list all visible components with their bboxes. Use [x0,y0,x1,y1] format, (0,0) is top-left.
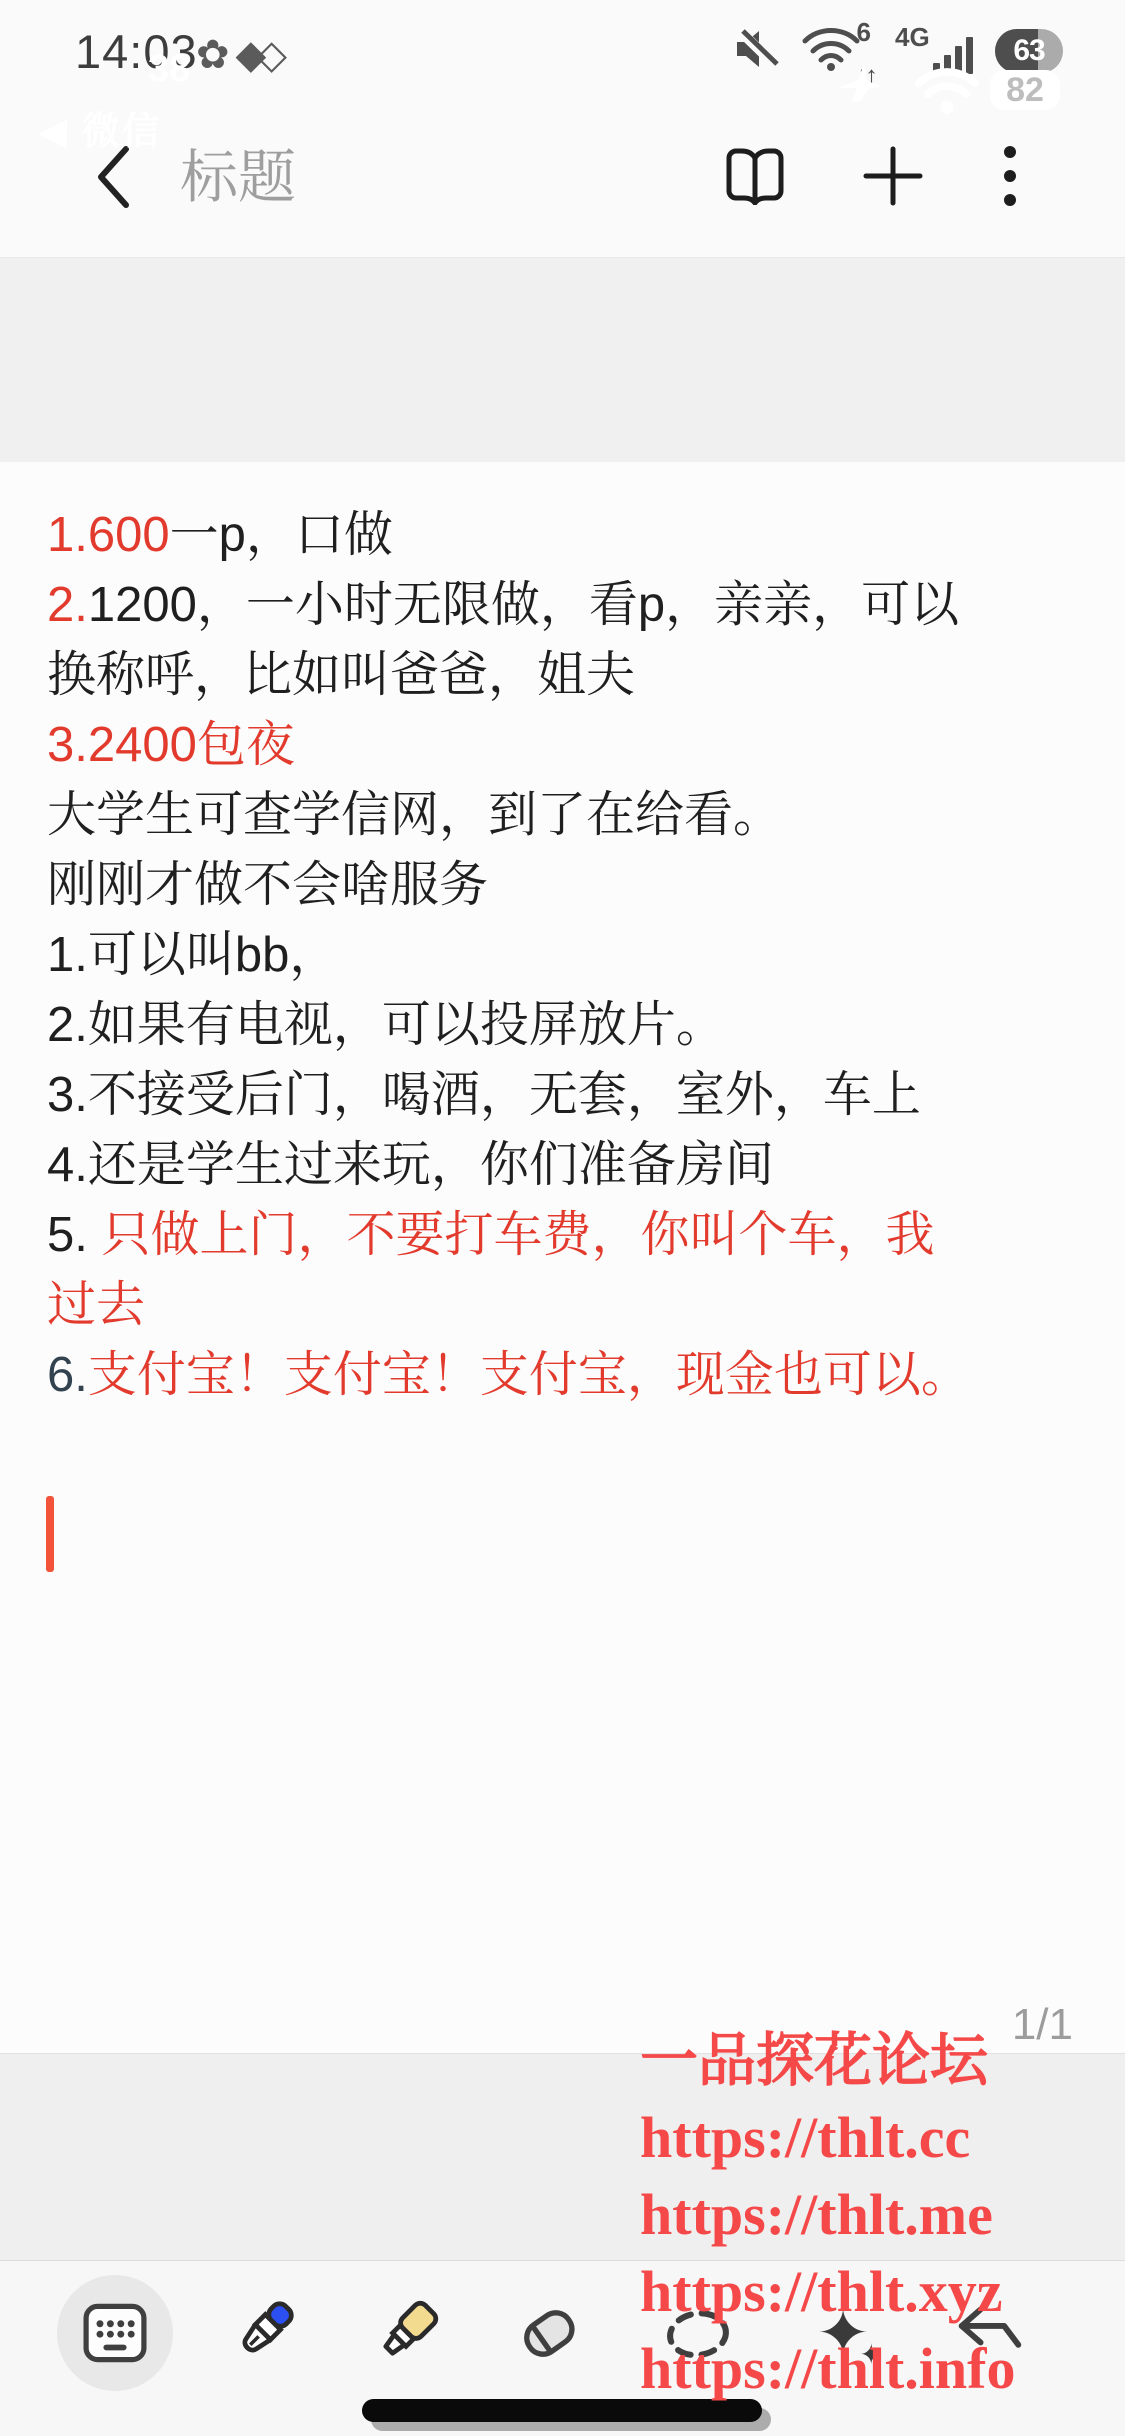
samsung-notes-screen: 38 14:03 ✿ ◆◇ 6 ↓↑ [0,0,1125,2436]
status-bar: 38 14:03 ✿ ◆◇ 6 ↓↑ [0,0,1125,100]
home-indicator[interactable] [362,2399,762,2422]
undo-arrow-icon [952,2300,1028,2366]
note-line: 2.如果有电视，可以投屏放片。 [47,990,1105,1060]
note-line: 1.600一p，口做 [47,500,1105,570]
note-body: 1.600一p，口做2.1200，一小时无限做，看p，亲亲，可以换称呼，比如叫爸… [47,500,1105,1410]
note-edit-area[interactable]: 1.600一p，口做2.1200，一小时无限做，看p，亲亲，可以换称呼，比如叫爸… [0,462,1125,2052]
reader-view-button[interactable] [707,128,803,224]
kebab-menu-icon [1003,145,1017,207]
highlighter-tool-button[interactable] [356,2283,456,2383]
note-line: 4.还是学生过来玩，你们准备房间 [47,1130,1105,1200]
open-book-icon [723,147,787,205]
ghost-airplane-icon [834,62,886,108]
fountain-pen-icon [224,2295,300,2371]
keyboard-tool-button[interactable] [65,2283,165,2383]
plus-icon [863,146,923,206]
highlighter-icon [368,2295,444,2371]
note-line: 1.可以叫bb， [47,920,1105,990]
note-line: 过去 [47,1270,1105,1340]
pen-tool-button[interactable] [212,2283,312,2383]
lasso-selection-tool-button[interactable] [648,2283,748,2383]
note-line: 3.2400包夜 [47,710,1105,780]
note-line: 刚刚才做不会啥服务 [47,850,1105,920]
ghost-battery: 82 [990,70,1060,110]
page-indicator: 1/1 [1012,2000,1073,2050]
add-button[interactable] [845,128,941,224]
ghost-time-fragment: 38 [148,48,190,91]
flower-notification-icon: ✿ [196,32,230,78]
undo-button[interactable] [940,2283,1040,2383]
diamond-notification-icon: ◆◇ [236,32,278,78]
ghost-wifi-icon [912,66,982,116]
battery-indicator: 63 [995,29,1063,73]
eraser-tool-button[interactable] [499,2283,599,2383]
note-line: 3.不接受后门，喝酒，无套，室外，车上 [47,1060,1105,1130]
note-title: 标题 [180,130,296,214]
note-line: 6.支付宝！支付宝！支付宝，现金也可以。 [47,1340,1105,1410]
ai-assist-tool-button[interactable]: ✦ ✦ [793,2283,893,2383]
note-top-band [0,257,1125,464]
mute-icon [733,27,779,76]
eraser-icon [511,2295,587,2371]
text-cursor [46,1496,54,1572]
keyboard-icon [78,2296,152,2370]
note-header: 标题 [0,100,1125,257]
note-line: 5. 只做上门，不要打车费，你叫个车，我 [47,1200,1105,1270]
lasso-selection-icon [659,2294,737,2372]
more-options-button[interactable] [962,128,1058,224]
ghost-wechat-back-label: ◀ 微信 [38,100,162,155]
note-line: 2.1200，一小时无限做，看p，亲亲，可以 [47,570,1105,640]
note-line: 换称呼，比如叫爸爸，姐夫 [47,640,1105,710]
note-line: 大学生可查学信网，到了在给看。 [47,780,1105,850]
bottom-gray-strip [0,2053,1125,2261]
